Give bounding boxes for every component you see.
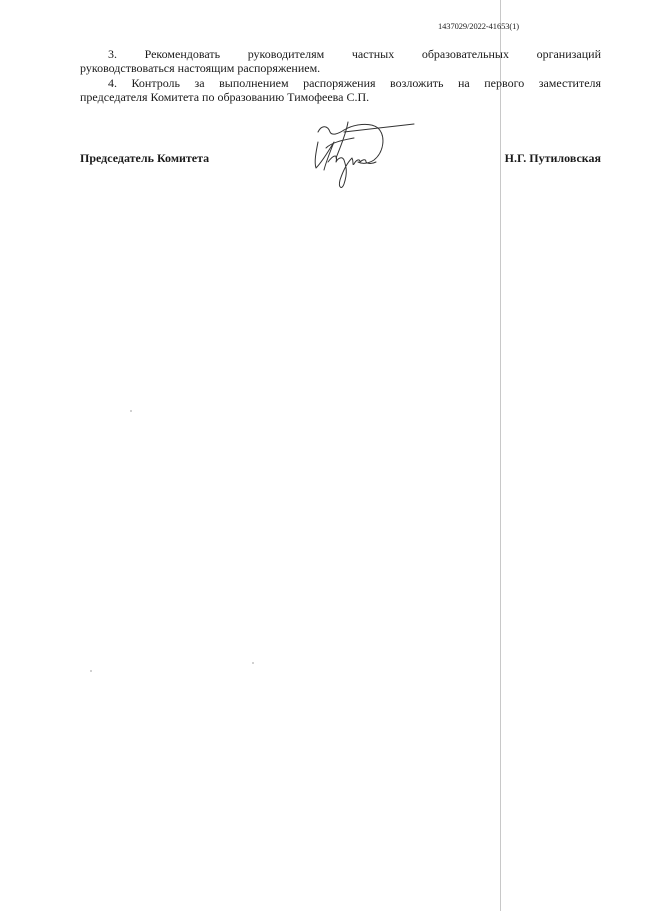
scan-artifact-line (500, 0, 501, 911)
paragraph-3: 3. Рекомендовать руководителям частных о… (80, 47, 601, 75)
scan-speck (90, 670, 92, 672)
document-page: 1437029/2022-41653(1) 3. Рекомендовать р… (0, 0, 646, 911)
scan-speck (130, 410, 132, 412)
scan-speck (252, 662, 254, 664)
signatory-name: Н.Г. Путиловская (505, 151, 601, 166)
paragraph-4-line-2: председателя Комитета по образованию Тим… (80, 90, 601, 104)
paragraph-4: 4. Контроль за выполнением распоряжения … (80, 76, 601, 104)
paragraph-3-line-1: 3. Рекомендовать руководителям частных о… (80, 47, 601, 61)
paragraph-4-line-1: 4. Контроль за выполнением распоряжения … (80, 76, 601, 90)
paragraph-3-line-2: руководствоваться настоящим распоряжение… (80, 61, 601, 75)
handwritten-signature-icon (308, 118, 420, 194)
registration-number: 1437029/2022-41653(1) (438, 21, 519, 31)
signatory-position: Председатель Комитета (80, 151, 209, 166)
